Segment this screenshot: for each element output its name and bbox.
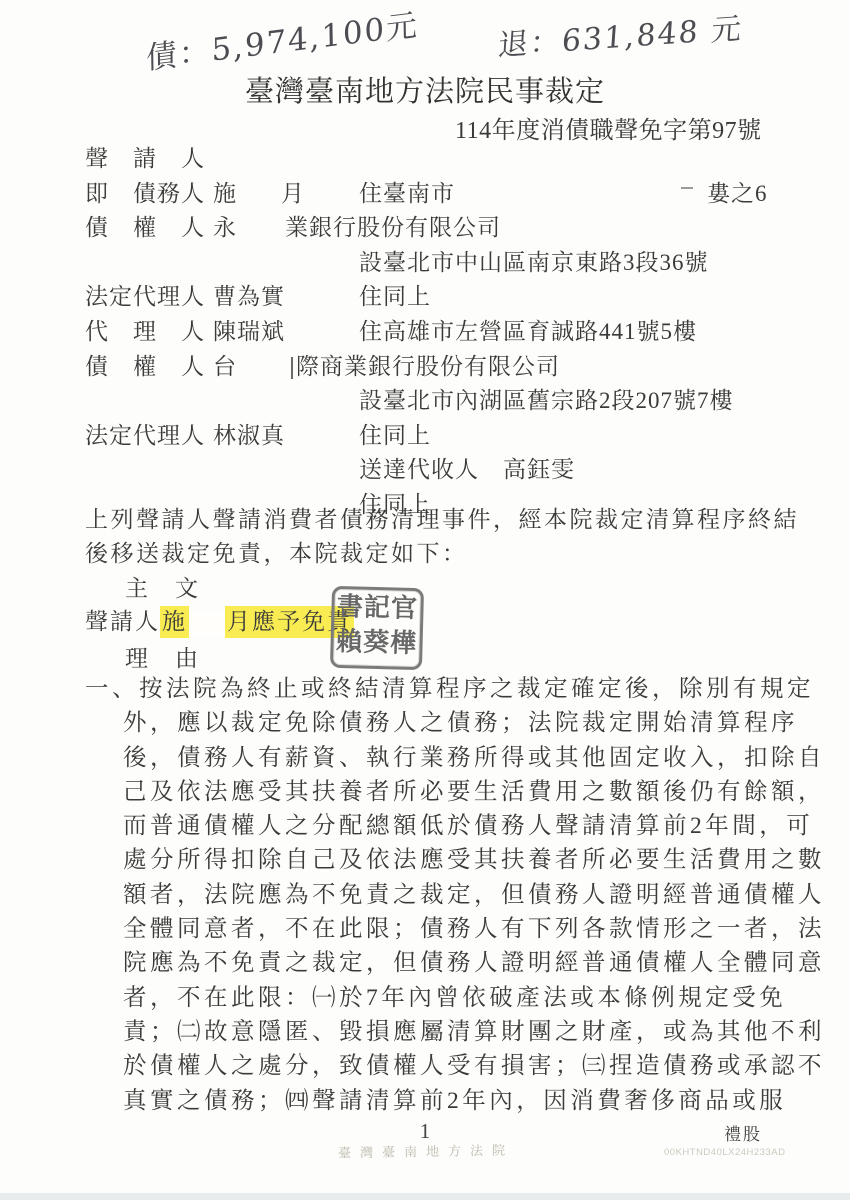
party-name: 曹為實	[213, 280, 359, 315]
party-label: 債 權 人	[85, 350, 213, 385]
redacted-address	[455, 183, 707, 207]
preamble-line: 上列聲請人聲請消費者債務清理事件，經本院裁定清算程序終結	[85, 503, 799, 537]
creditor-name-part: 際商業銀行股份有限公司	[296, 354, 560, 379]
party-label: 債 權 人	[85, 211, 213, 246]
party-label: 法定代理人	[85, 419, 213, 454]
reason-line: 處分所得扣除自己及依法應受其扶養者所必要生活費用之數	[85, 843, 825, 877]
party-name: 林淑真	[213, 419, 359, 454]
reason-line: 責；㈡故意隱匿、毀損應屬清算財團之財產，或為其他不利	[85, 1015, 825, 1049]
court-watermark: 臺灣臺南地方法院	[338, 1139, 514, 1161]
party-address: 設臺北市中山區南京東路3段36號	[359, 250, 709, 275]
preamble: 上列聲請人聲請消費者債務清理事件，經本院裁定清算程序終結 後移送裁定免責，本院裁…	[85, 503, 799, 570]
redaction-gap	[189, 612, 225, 636]
creditor-name-part: 台	[213, 354, 237, 379]
stamp-title: 書記官	[334, 589, 421, 626]
document-title: 臺灣臺南地方法院民事裁定	[0, 69, 850, 110]
reason-line: 而普通債權人之分配總額低於債務人聲請清算前2年間，可	[85, 809, 825, 843]
party-label: 代 理 人	[85, 315, 213, 350]
clerk-stamp: 書記官 賴葵樺	[330, 586, 424, 670]
reason-line: 院應為不免責之裁定，但債務人證明經普通債權人全體同意	[85, 946, 825, 980]
party-row-debtor: 即 債務人施月住臺南市婁之6	[85, 177, 768, 212]
reasons-body: 一、按法院為終止或終結清算程序之裁定確定後，除別有規定 外，應以裁定免除債務人之…	[85, 672, 825, 1118]
preamble-line: 後移送裁定免責，本院裁定如下：	[85, 537, 799, 571]
party-address: 住同上	[359, 423, 431, 448]
court-ruling-page: 債：5,974,100元 退：631,848 元 臺灣臺南地方法院民事裁定 11…	[0, 0, 850, 1200]
reason-line: 己及依法應受其扶養者所必要生活費用之數額後仍有餘額，	[85, 775, 825, 809]
party-label: 即 債務人	[85, 177, 213, 212]
stamp-name: 賴葵樺	[333, 624, 420, 661]
creditor-name-part: 業銀行股份有限公司	[285, 215, 501, 240]
party-address: 住高雄市左營區育誠路441號5樓	[359, 319, 697, 344]
scan-bottom-edge	[0, 1193, 850, 1200]
creditor-name: 永業銀行股份有限公司	[213, 215, 501, 240]
handwritten-debt-note: 債：5,974,100元	[146, 0, 420, 78]
creditor-name: 台際商業銀行股份有限公司	[213, 354, 560, 379]
holding-line: 聲請人施月應予免責	[85, 603, 354, 636]
party-row-service-agent: 送達代收人 高鈺雯	[85, 453, 768, 488]
party-row-address: 設臺北市內湖區舊宗路2段207號7樓	[85, 384, 768, 419]
party-row-rep2: 法定代理人林淑真住同上	[85, 419, 768, 454]
party-address: 住臺南市	[359, 181, 455, 206]
party-name: 陳瑞斌	[213, 315, 359, 350]
reason-line: 全體同意者，不在此限；債務人有下列各款情形之一者，法	[85, 912, 825, 946]
reason-line: 於債權人之處分，致債權人受有損害；㈢捏造債務或承認不	[85, 1049, 825, 1083]
reason-line: 後，債務人有薪資、執行業務所得或其他固定收入，扣除自	[85, 741, 825, 775]
party-row-creditor1: 債 權 人永業銀行股份有限公司	[85, 211, 768, 246]
party-row-agent: 代 理 人陳瑞斌住高雄市左營區育誠路441號5樓	[85, 315, 768, 350]
party-name: 施月	[213, 177, 359, 212]
service-agent: 送達代收人 高鈺雯	[359, 457, 575, 482]
handwritten-refund-note: 退：631,848 元	[497, 3, 745, 64]
party-label: 聲 請 人	[85, 142, 213, 177]
reason-line: 外，應以裁定免除債務人之債務；法院裁定開始清算程序	[85, 706, 825, 740]
debtor-surname: 施	[213, 181, 237, 206]
party-address: 設臺北市內湖區舊宗路2段207號7樓	[359, 388, 734, 413]
reasons-heading: 理 由	[125, 640, 200, 673]
debtor-givenname: 月	[281, 181, 305, 206]
party-row-address: 設臺北市中山區南京東路3段36號	[85, 246, 768, 281]
holding-highlight: 施	[160, 606, 189, 638]
reason-line: 真實之債務；㈣聲請清算前2年內，因消費奢侈商品或服	[85, 1084, 825, 1118]
holding-prefix: 聲請人	[85, 609, 160, 634]
main-text-heading: 主 文	[125, 570, 200, 603]
party-address: 住同上	[359, 284, 431, 309]
party-block: 聲 請 人 即 債務人施月住臺南市婁之6 債 權 人永業銀行股份有限公司 設臺北…	[85, 142, 768, 523]
case-number: 114年度消債職聲免字第97號	[455, 110, 762, 145]
party-address-suffix: 婁之6	[707, 181, 768, 206]
party-row-applicant: 聲 請 人	[85, 142, 768, 177]
redaction-gap-with-stroke	[237, 357, 293, 379]
reason-line: 一、按法院為終止或終結清算程序之裁定確定後，除別有規定	[85, 672, 825, 706]
party-row-rep1: 法定代理人曹為實住同上	[85, 280, 768, 315]
reason-line: 額者，法院應為不免責之裁定，但債務人證明經普通債權人	[85, 878, 825, 912]
party-label: 法定代理人	[85, 280, 213, 315]
division-label: 禮股	[724, 1120, 762, 1145]
doc-code: 00KHTND40LX24H233AD	[664, 1147, 785, 1158]
reason-line: 者，不在此限：㈠於7年內曾依破產法或本條例規定受免	[85, 981, 825, 1015]
party-row-creditor2: 債 權 人台際商業銀行股份有限公司	[85, 350, 768, 385]
creditor-name-part: 永	[213, 215, 237, 240]
